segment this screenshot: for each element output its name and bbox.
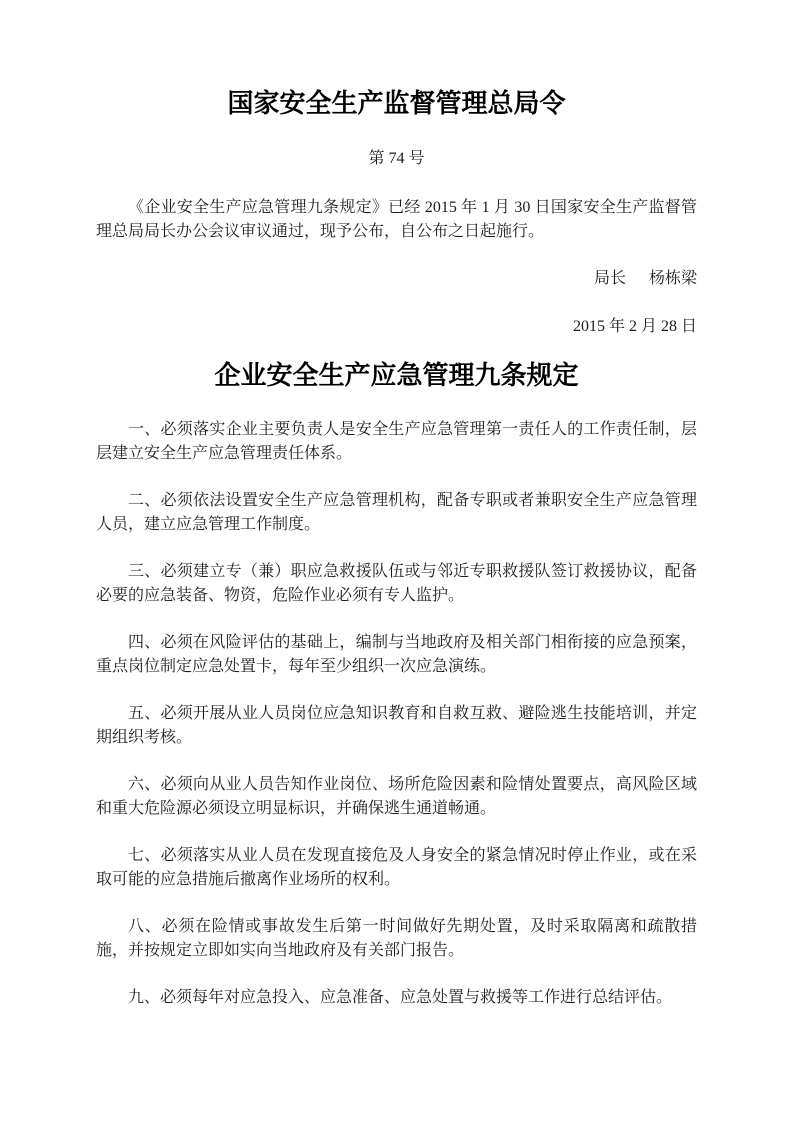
regulation-item-2: 二、必须依法设置安全生产应急管理机构，配备专职或者兼职安全生产应急管理人员，建立… <box>96 489 697 536</box>
preamble-paragraph: 《企业安全生产应急管理九条规定》已经 2015 年 1 月 30 日国家安全生产… <box>96 196 697 243</box>
signature-role: 局长 <box>594 270 626 287</box>
regulation-title: 企业安全生产应急管理九条规定 <box>96 360 697 392</box>
regulation-item-1: 一、必须落实企业主要负责人是安全生产应急管理第一责任人的工作责任制，层层建立安全… <box>96 418 697 465</box>
regulation-item-3: 三、必须建立专（兼）职应急救援队伍或与邻近专职救援队签订救援协议，配备必要的应急… <box>96 560 697 607</box>
regulation-item-4: 四、必须在风险评估的基础上，编制与当地政府及相关部门相衔接的应急预案，重点岗位制… <box>96 631 697 678</box>
signature-name: 杨栋梁 <box>649 270 697 287</box>
regulation-item-8: 八、必须在险情或事故发生后第一时间做好先期处置，及时采取隔离和疏散措施，并按规定… <box>96 915 697 962</box>
regulation-items: 一、必须落实企业主要负责人是安全生产应急管理第一责任人的工作责任制，层层建立安全… <box>96 418 697 1010</box>
regulation-item-9: 九、必须每年对应急投入、应急准备、应急处置与救援等工作进行总结评估。 <box>96 986 697 1010</box>
order-number: 第 74 号 <box>96 147 697 170</box>
document-page: 国家安全生产监督管理总局令 第 74 号 《企业安全生产应急管理九条规定》已经 … <box>0 0 793 1122</box>
regulation-item-6: 六、必须向从业人员告知作业岗位、场所危险因素和险情处置要点，高风险区域和重大危险… <box>96 773 697 820</box>
regulation-item-5: 五、必须开展从业人员岗位应急知识教育和自救互救、避险逃生技能培训，并定期组织考核… <box>96 702 697 749</box>
signature-line: 局长杨栋梁 <box>96 267 697 291</box>
regulation-item-7: 七、必须落实从业人员在发现直接危及人身安全的紧急情况时停止作业，或在采取可能的应… <box>96 844 697 891</box>
signature-date: 2015 年 2 月 28 日 <box>96 315 697 339</box>
document-title: 国家安全生产监督管理总局令 <box>96 88 697 120</box>
